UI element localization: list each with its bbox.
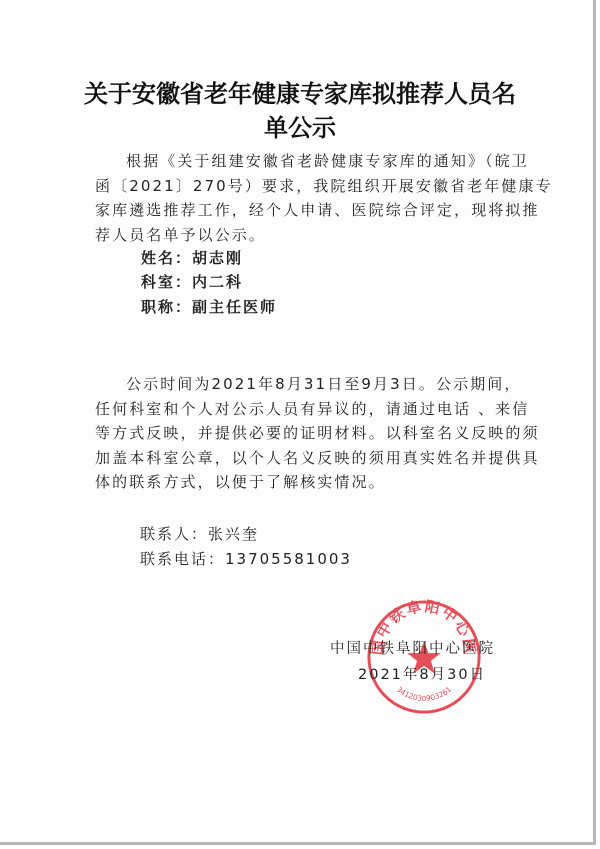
notice-line: 加盖本科室公章，以个人名义反映的须用真实姓名并提供具 [95, 447, 515, 472]
document-title-line2: 单公示 [0, 108, 600, 143]
notice-paragraph: 公示时间为2021年8月31日至9月3日。公示期间， 任何科室和个人对公示人员有… [95, 373, 515, 496]
candidate-title: 职称：副主任医师 [141, 296, 277, 317]
notice-line: 体的联系方式，以便于了解核实情况。 [95, 471, 515, 496]
notice-line: 公示时间为2021年8月31日至9月3日。公示期间， [95, 373, 515, 398]
contact-person: 联系人：张兴奎 [140, 523, 259, 544]
signing-organization: 中国中铁阜阳中心医院 [330, 637, 495, 658]
intro-line: 荐人员名单予以公示。 [95, 224, 515, 249]
document-title-line1: 关于安徽省老年健康专家库拟推荐人员名 [0, 74, 600, 109]
document-page: 关于安徽省老年健康专家库拟推荐人员名 单公示 根据《关于组建安徽省老龄健康专家库… [0, 0, 596, 845]
intro-line: 根据《关于组建安徽省老龄健康专家库的通知》（皖卫 [95, 150, 515, 175]
svg-text:3412030903261: 3412030903261 [395, 685, 453, 703]
signing-date: 2021年8月30日 [358, 663, 486, 684]
intro-line: 函〔2021〕270号）要求，我院组织开展安徽省老年健康专 [95, 175, 515, 200]
candidate-department: 科室：内二科 [141, 271, 243, 292]
intro-paragraph: 根据《关于组建安徽省老龄健康专家库的通知》（皖卫 函〔2021〕270号）要求，… [95, 150, 515, 248]
intro-line: 家库遴选推荐工作，经个人申请、医院综合评定，现将拟推 [95, 199, 515, 224]
contact-phone: 联系电话：13705581003 [140, 548, 352, 569]
notice-line: 任何科室和个人对公示人员有异议的，请通过电话 、来信 [95, 398, 515, 423]
candidate-name: 姓名：胡志刚 [141, 247, 243, 268]
notice-line: 等方式反映，并提供必要的证明材料。以科室名义反映的须 [95, 422, 515, 447]
